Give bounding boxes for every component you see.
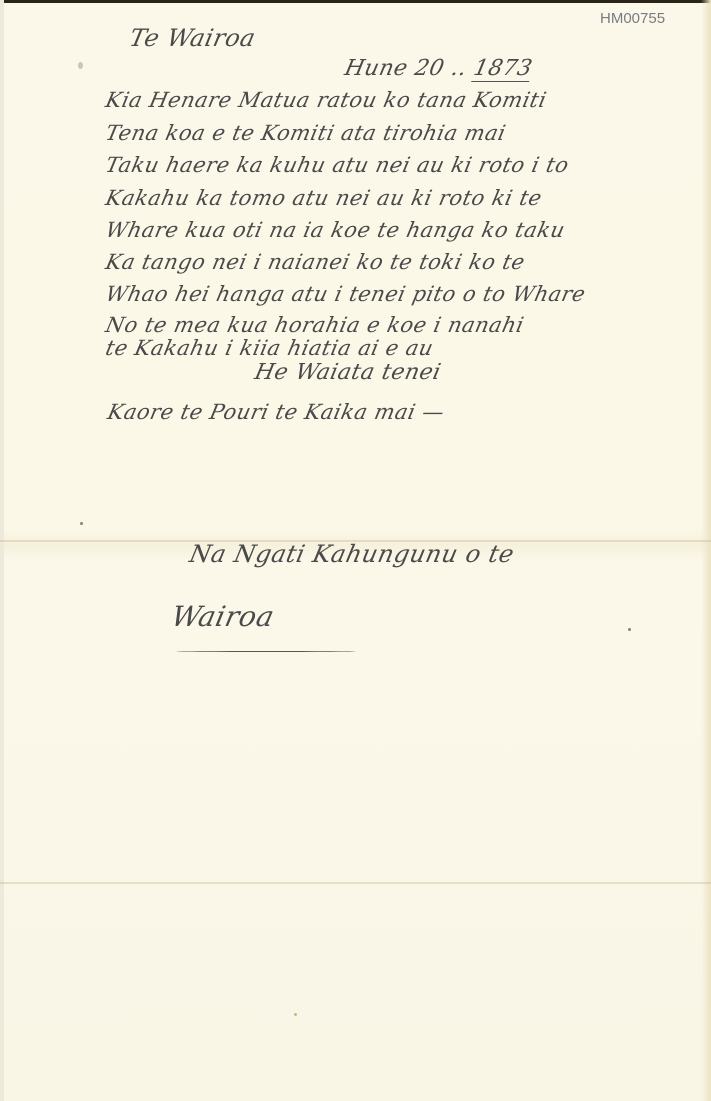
body-line: Whao hei hanga atu i tenei pito o to Wha… [103, 282, 587, 306]
paper-fold [0, 882, 711, 884]
paper-speck [78, 62, 83, 69]
paper-speck [628, 628, 631, 631]
body-line: te Kakahu i kiia hiatia ai e au [103, 336, 435, 360]
scan-right-edge [701, 0, 711, 1101]
body-line: Taku haere ka kuhu atu nei au ki roto i … [103, 153, 571, 177]
paper-speck [80, 522, 83, 525]
body-line: Whare kua oti na ia koe te hanga ko taku [103, 218, 567, 242]
body-line: Tena koa e te Komiti ata tirohia mai [103, 121, 508, 145]
body-line: No te mea kua horahia e koe i nanahi [103, 313, 526, 337]
body-line: Kia Henare Matua ratou ko tana Komiti [103, 88, 548, 112]
letter-date: Hune 20 .. 1873 [342, 56, 534, 81]
letter-page: HM00755 Te Wairoa Hune 20 .. 1873 Kia He… [0, 0, 711, 1101]
postscript-line: Kaore te Pouri te Kaika mai — [105, 400, 446, 424]
body-line: Ka tango nei i naianei ko te toki ko te [103, 250, 527, 274]
paper-speck [294, 1013, 297, 1016]
signature-line-1: Na Ngati Kahungunu o te [187, 540, 517, 568]
date-year: 1873 [471, 56, 535, 82]
song-heading: He Waiata tenei [252, 360, 443, 385]
body-line: Kakahu ka tomo atu nei au ki roto ki te [103, 186, 544, 210]
signature-line-2: Wairoa [168, 600, 277, 633]
scan-left-edge [0, 0, 4, 1101]
letter-place: Te Wairoa [127, 24, 258, 52]
date-day-month: Hune 20 .. [342, 56, 469, 81]
archive-id: HM00755 [600, 10, 665, 27]
scan-top-edge [0, 0, 711, 3]
signature-underline [176, 651, 356, 652]
